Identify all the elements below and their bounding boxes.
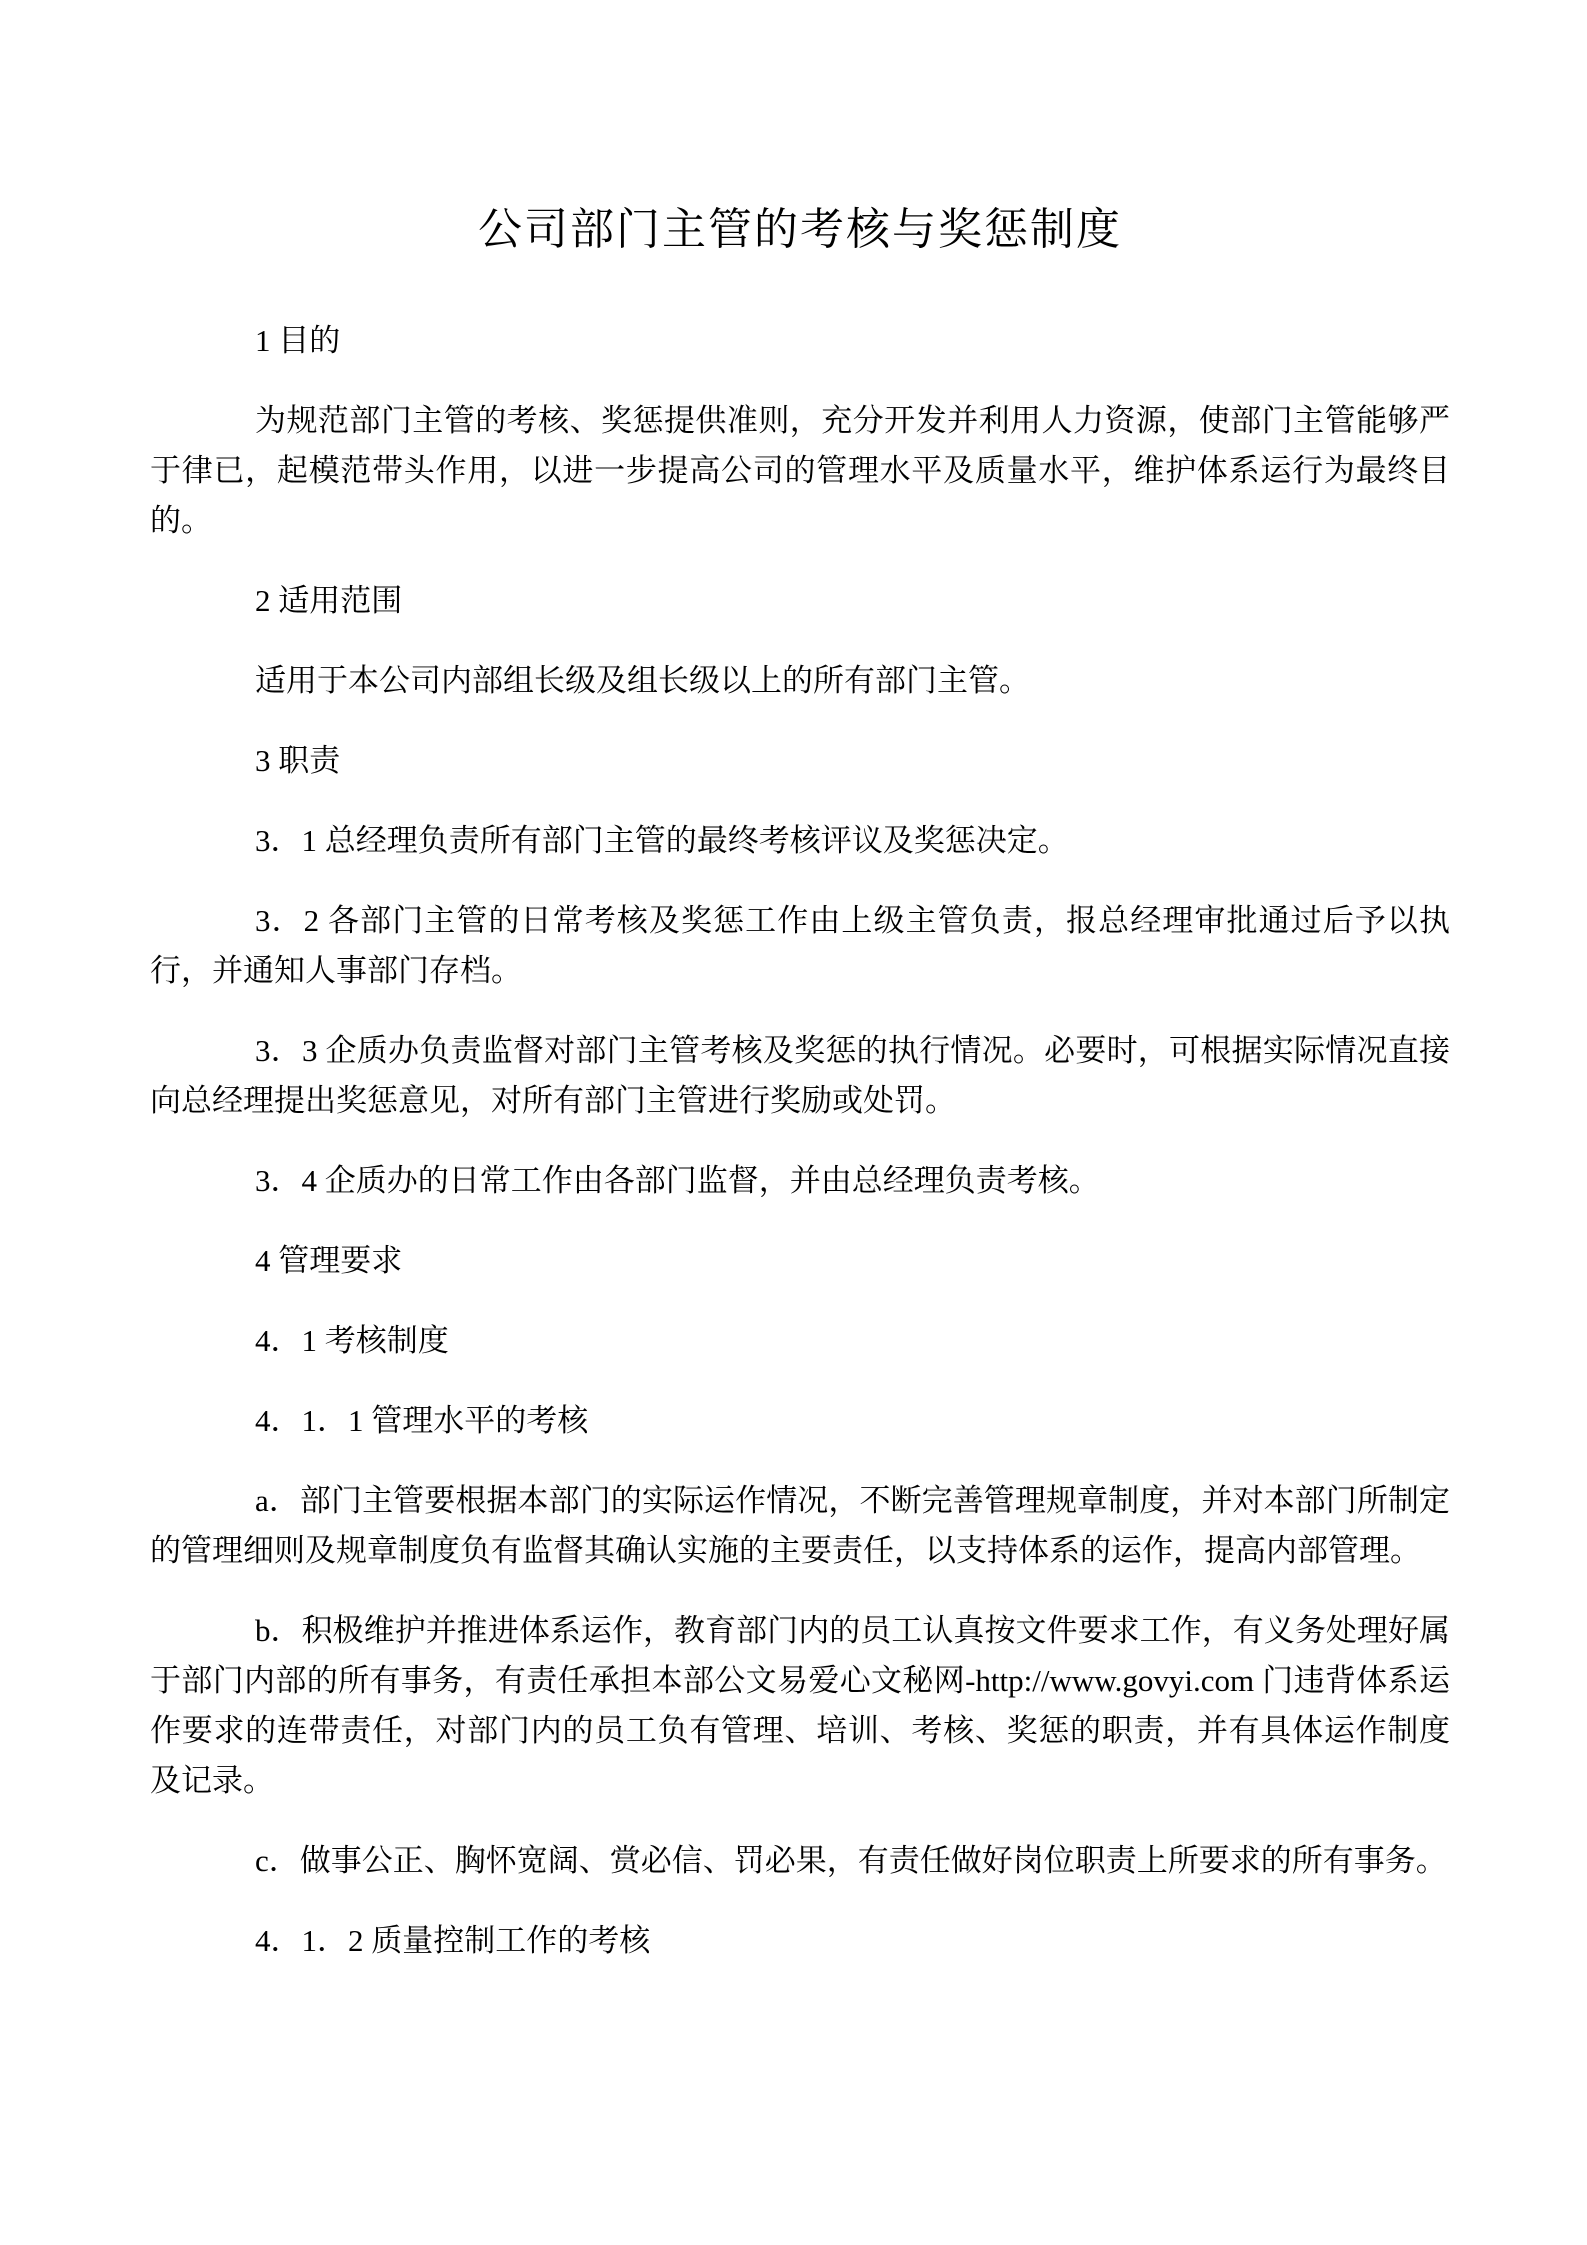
- paragraph-item-c: c．做事公正、胸怀宽阔、赏必信、罚必果，有责任做好岗位职责上所要求的所有事务。: [150, 1836, 1450, 1886]
- paragraph-item-b: b．积极维护并推进体系运作，教育部门内的员工认真按文件要求工作，有义务处理好属于…: [150, 1606, 1450, 1806]
- paragraph-item-a: a．部门主管要根据本部门的实际运作情况，不断完善管理规章制度，并对本部门所制定的…: [150, 1476, 1450, 1576]
- paragraph-scope-body: 适用于本公司内部组长级及组长级以上的所有部门主管。: [150, 656, 1450, 706]
- heading-responsibilities: 3 职责: [150, 736, 1450, 786]
- paragraph-responsibility-3-1: 3．1 总经理负责所有部门主管的最终考核评议及奖惩决定。: [150, 816, 1450, 866]
- heading-scope: 2 适用范围: [150, 576, 1450, 626]
- paragraph-responsibility-3-3: 3．3 企质办负责监督对部门主管考核及奖惩的执行情况。必要时，可根据实际情况直接…: [150, 1026, 1450, 1126]
- document-body: 1 目的 为规范部门主管的考核、奖惩提供准则，充分开发并利用人力资源，使部门主管…: [150, 316, 1450, 1966]
- heading-management-requirements: 4 管理要求: [150, 1236, 1450, 1286]
- document-page: 公司部门主管的考核与奖惩制度 1 目的 为规范部门主管的考核、奖惩提供准则，充分…: [0, 0, 1587, 2245]
- paragraph-responsibility-3-4: 3．4 企质办的日常工作由各部门监督，并由总经理负责考核。: [150, 1156, 1450, 1206]
- heading-management-level-4-1-1: 4．1．1 管理水平的考核: [150, 1396, 1450, 1446]
- document-title: 公司部门主管的考核与奖惩制度: [150, 200, 1450, 260]
- heading-assessment-system-4-1: 4．1 考核制度: [150, 1316, 1450, 1366]
- heading-purpose: 1 目的: [150, 316, 1450, 366]
- heading-quality-control-4-1-2: 4．1．2 质量控制工作的考核: [150, 1916, 1450, 1966]
- paragraph-purpose-body: 为规范部门主管的考核、奖惩提供准则，充分开发并利用人力资源，使部门主管能够严于律…: [150, 396, 1450, 546]
- paragraph-responsibility-3-2: 3．2 各部门主管的日常考核及奖惩工作由上级主管负责，报总经理审批通过后予以执行…: [150, 896, 1450, 996]
